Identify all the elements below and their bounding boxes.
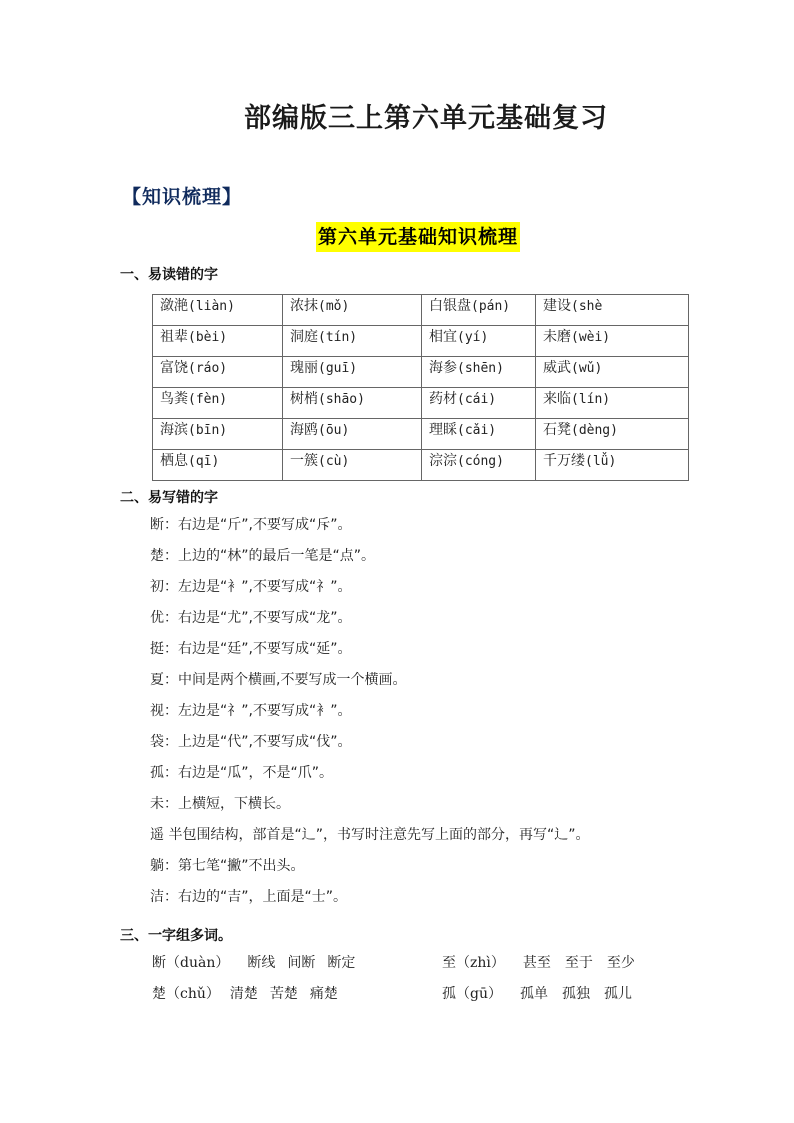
group-word: 孤独 bbox=[562, 984, 590, 1004]
table-cell: 洞庭(tín) bbox=[283, 326, 422, 357]
word: 祖辈 bbox=[160, 329, 188, 345]
word: 药材 bbox=[429, 391, 457, 407]
word: 淙淙 bbox=[429, 453, 457, 469]
group-word: 孤儿 bbox=[604, 984, 632, 1004]
word: 威武 bbox=[543, 360, 571, 376]
rule-item: 初：左边是“衤”,不要写成“礻”。 bbox=[150, 577, 589, 608]
pinyin: (wǔ) bbox=[571, 361, 602, 376]
word: 富饶 bbox=[160, 360, 188, 376]
group-pinyin: （gū） bbox=[456, 986, 502, 1002]
group-word: 清楚 bbox=[230, 984, 258, 1004]
group-pinyin: （zhì） bbox=[456, 955, 505, 971]
table-cell: 建设(shè bbox=[536, 295, 689, 326]
table-cell: 一簇(cù) bbox=[283, 450, 422, 481]
rule-item: 视：左边是“礻”,不要写成“衤”。 bbox=[150, 701, 589, 732]
group-pinyin: （duàn） bbox=[166, 955, 229, 971]
word: 鸟粪 bbox=[160, 391, 188, 407]
pinyin: (bīn) bbox=[188, 423, 227, 438]
pinyin: (guī) bbox=[318, 361, 357, 376]
table-cell: 瑰丽(guī) bbox=[283, 357, 422, 388]
word: 瑰丽 bbox=[290, 360, 318, 376]
word-group: 楚（chǔ）清楚苦楚痛楚 bbox=[152, 984, 338, 1004]
pinyin: (lín) bbox=[571, 392, 610, 407]
pinyin: (dèng) bbox=[571, 423, 618, 438]
part2-heading: 二、易写错的字 bbox=[120, 487, 218, 507]
pinyin: (liàn) bbox=[188, 299, 235, 314]
pinyin: (shè bbox=[571, 299, 602, 314]
group-word: 痛楚 bbox=[310, 984, 338, 1004]
table-cell: 浓抹(mǒ) bbox=[283, 295, 422, 326]
word: 洞庭 bbox=[290, 329, 318, 345]
word: 海参 bbox=[429, 360, 457, 376]
word: 理睬 bbox=[429, 422, 457, 438]
rule-item: 孤：右边是“瓜”，不是“爪”。 bbox=[150, 763, 589, 794]
table-row: 鸟粪(fèn)树梢(shāo)药材(cái)来临(lín) bbox=[153, 388, 689, 419]
rule-item: 未：上横短，下横长。 bbox=[150, 794, 589, 825]
table-cell: 树梢(shāo) bbox=[283, 388, 422, 419]
rule-item: 楚：上边的“林”的最后一笔是“点”。 bbox=[150, 546, 589, 577]
table-cell: 石凳(dèng) bbox=[536, 419, 689, 450]
rule-item: 夏：中间是两个横画,不要写成一个横画。 bbox=[150, 670, 589, 701]
pinyin: (tín) bbox=[318, 330, 357, 345]
rule-item: 优：右边是“尤”,不要写成“龙”。 bbox=[150, 608, 589, 639]
table-cell: 祖辈(bèi) bbox=[153, 326, 283, 357]
pinyin: (cái) bbox=[457, 392, 496, 407]
word: 建设 bbox=[543, 298, 571, 314]
miswritten-rules-list: 断：右边是“斤”,不要写成“斥”。 楚：上边的“林”的最后一笔是“点”。 初：左… bbox=[150, 515, 589, 918]
group-word: 孤单 bbox=[520, 984, 548, 1004]
word: 一簇 bbox=[290, 453, 318, 469]
table-cell: 药材(cái) bbox=[422, 388, 536, 419]
group-word: 断定 bbox=[327, 953, 355, 973]
table-row: 潋滟(liàn)浓抹(mǒ)白银盘(pán)建设(shè bbox=[153, 295, 689, 326]
table-row: 富饶(ráo)瑰丽(guī)海参(shēn)威武(wǔ) bbox=[153, 357, 689, 388]
rule-item: 洁：右边的“吉”，上面是“士”。 bbox=[150, 887, 589, 918]
table-row: 栖息(qī)一簇(cù)淙淙(cóng)千万缕(lǚ) bbox=[153, 450, 689, 481]
table-cell: 栖息(qī) bbox=[153, 450, 283, 481]
group-word: 苦楚 bbox=[270, 984, 298, 1004]
misread-words-table: 潋滟(liàn)浓抹(mǒ)白银盘(pán)建设(shè祖辈(bèi)洞庭(tí… bbox=[152, 294, 689, 481]
word: 相宜 bbox=[429, 329, 457, 345]
rule-item: 断：右边是“斤”,不要写成“斥”。 bbox=[150, 515, 589, 546]
rule-item: 挺：右边是“廷”,不要写成“延”。 bbox=[150, 639, 589, 670]
pinyin: (wèi) bbox=[571, 330, 610, 345]
word: 树梢 bbox=[290, 391, 318, 407]
pinyin: (bèi) bbox=[188, 330, 227, 345]
word: 千万缕 bbox=[543, 453, 585, 469]
page-title: 部编版三上第六单元基础复习 bbox=[0, 96, 794, 135]
word: 栖息 bbox=[160, 453, 188, 469]
word: 海鸥 bbox=[290, 422, 318, 438]
highlighted-subtitle: 第六单元基础知识梳理 bbox=[316, 222, 520, 252]
table-cell: 来临(lín) bbox=[536, 388, 689, 419]
section-heading-knowledge: 【知识梳理】 bbox=[122, 182, 242, 209]
rule-item: 遥 半包围结构，部首是“辶”，书写时注意先写上面的部分，再写“辶”。 bbox=[150, 825, 589, 856]
word: 白银盘 bbox=[429, 298, 471, 314]
pinyin: (pán) bbox=[471, 299, 510, 314]
group-char: 孤 bbox=[442, 984, 456, 1004]
word-group: 孤（gū）孤单孤独孤儿 bbox=[442, 984, 632, 1004]
pinyin: (yí) bbox=[457, 330, 488, 345]
table-cell: 白银盘(pán) bbox=[422, 295, 536, 326]
table-cell: 理睬(cǎi) bbox=[422, 419, 536, 450]
table-cell: 相宜(yí) bbox=[422, 326, 536, 357]
table-cell: 淙淙(cóng) bbox=[422, 450, 536, 481]
pinyin: (cǎi) bbox=[457, 423, 496, 438]
word: 来临 bbox=[543, 391, 571, 407]
word: 未磨 bbox=[543, 329, 571, 345]
group-word: 间断 bbox=[287, 953, 315, 973]
group-word: 至少 bbox=[607, 953, 635, 973]
table-cell: 未磨(wèi) bbox=[536, 326, 689, 357]
word: 海滨 bbox=[160, 422, 188, 438]
table-cell: 鸟粪(fèn) bbox=[153, 388, 283, 419]
table-cell: 富饶(ráo) bbox=[153, 357, 283, 388]
word-group: 至（zhì）甚至至于至少 bbox=[442, 953, 635, 973]
pinyin: (ōu) bbox=[318, 423, 349, 438]
pinyin: (cù) bbox=[318, 454, 349, 469]
pinyin: (qī) bbox=[188, 454, 219, 469]
group-word: 至于 bbox=[565, 953, 593, 973]
pinyin: (ráo) bbox=[188, 361, 227, 376]
table-row: 海滨(bīn)海鸥(ōu)理睬(cǎi)石凳(dèng) bbox=[153, 419, 689, 450]
group-char: 至 bbox=[442, 953, 456, 973]
table-cell: 海滨(bīn) bbox=[153, 419, 283, 450]
word: 石凳 bbox=[543, 422, 571, 438]
group-char: 楚 bbox=[152, 984, 166, 1004]
part1-heading: 一、易读错的字 bbox=[120, 264, 218, 284]
word: 浓抹 bbox=[290, 298, 318, 314]
table-cell: 千万缕(lǚ) bbox=[536, 450, 689, 481]
pinyin: (shēn) bbox=[457, 361, 504, 376]
pinyin: (mǒ) bbox=[318, 299, 349, 314]
rule-item: 袋：上边是“代”,不要写成“伐”。 bbox=[150, 732, 589, 763]
pinyin: (shāo) bbox=[318, 392, 365, 407]
group-word: 断线 bbox=[247, 953, 275, 973]
word: 潋滟 bbox=[160, 298, 188, 314]
pinyin: (lǚ) bbox=[585, 454, 616, 469]
table-cell: 潋滟(liàn) bbox=[153, 295, 283, 326]
pinyin: (cóng) bbox=[457, 454, 504, 469]
pinyin: (fèn) bbox=[188, 392, 227, 407]
table-cell: 威武(wǔ) bbox=[536, 357, 689, 388]
group-pinyin: （chǔ） bbox=[166, 986, 220, 1002]
table-cell: 海鸥(ōu) bbox=[283, 419, 422, 450]
rule-item: 躺：第七笔“撇”不出头。 bbox=[150, 856, 589, 887]
group-char: 断 bbox=[152, 953, 166, 973]
group-word: 甚至 bbox=[523, 953, 551, 973]
word-group: 断（duàn）断线间断断定 bbox=[152, 953, 355, 973]
part3-heading: 三、一字组多词。 bbox=[120, 925, 232, 945]
table-row: 祖辈(bèi)洞庭(tín)相宜(yí)未磨(wèi) bbox=[153, 326, 689, 357]
subtitle-container: 第六单元基础知识梳理 bbox=[0, 222, 794, 252]
table-cell: 海参(shēn) bbox=[422, 357, 536, 388]
